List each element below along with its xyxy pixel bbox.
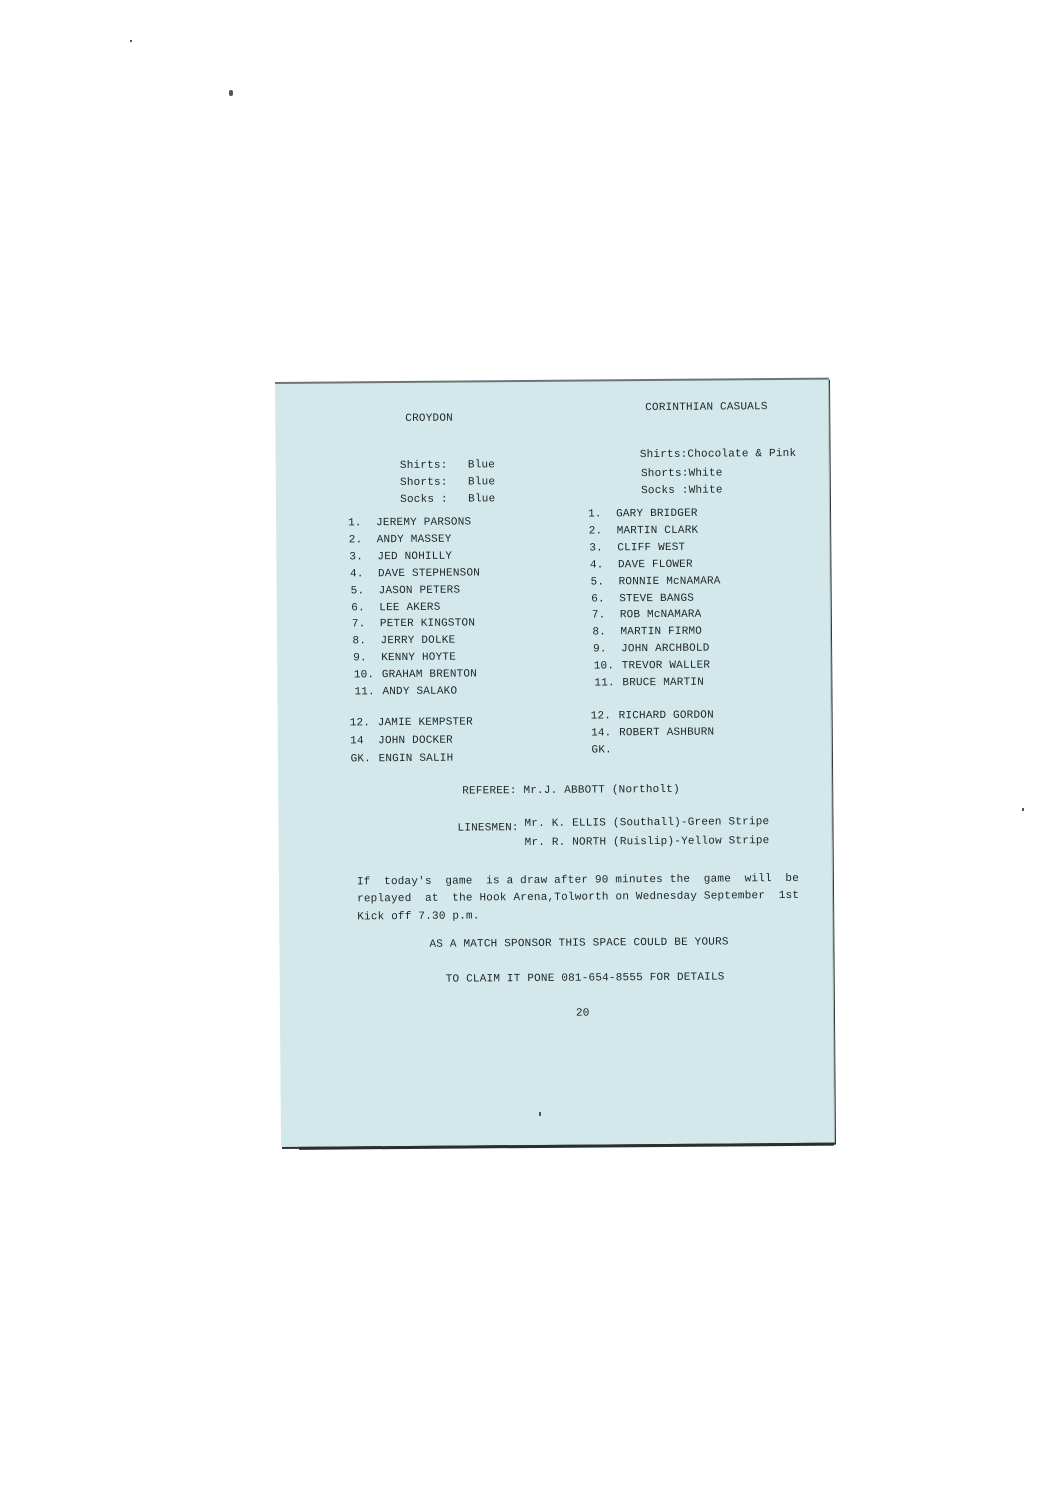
home-lineup: 1.JEREMY PARSONS2.ANDY MASSEY3.JED NOHIL… bbox=[275, 380, 828, 384]
player-number: 11. bbox=[354, 686, 382, 698]
player-name: PETER KINGSTON bbox=[380, 618, 475, 631]
kit-label: Socks : bbox=[641, 485, 689, 497]
player-name: MARTIN CLARK bbox=[617, 525, 699, 538]
player-row: 6.STEVE BANGS bbox=[591, 592, 694, 605]
player-row: GK. bbox=[591, 744, 619, 756]
player-name: BRUCE MARTIN bbox=[622, 677, 704, 690]
player-name: JAMIE KEMPSTER bbox=[378, 716, 473, 729]
player-name: GRAHAM BRENTON bbox=[382, 669, 477, 682]
player-row: 3.CLIFF WEST bbox=[589, 542, 685, 555]
player-number: 1. bbox=[348, 517, 376, 529]
away-lineup: 1.GARY BRIDGER2.MARTIN CLARK3.CLIFF WEST… bbox=[275, 380, 828, 384]
linesman-1: Mr. K. ELLIS (Southall)-Green Stripe bbox=[524, 816, 769, 830]
player-name: JERRY DOLKE bbox=[380, 635, 455, 648]
home-substitutes: 12.JAMIE KEMPSTER14JOHN DOCKERGK.ENGIN S… bbox=[275, 380, 828, 384]
player-row: 2.ANDY MASSEY bbox=[349, 534, 452, 547]
player-number: 14. bbox=[591, 727, 619, 739]
player-number: 5. bbox=[591, 576, 619, 588]
player-number: 6. bbox=[591, 593, 619, 605]
player-row: 5.JASON PETERS bbox=[351, 584, 461, 597]
sponsor-line-1: AS A MATCH SPONSOR THIS SPACE COULD BE Y… bbox=[429, 936, 728, 950]
away-kit-socks: Socks :White bbox=[614, 472, 723, 509]
linesmen-label: LINESMEN: bbox=[457, 822, 518, 834]
scan-speck bbox=[539, 1112, 541, 1116]
player-number: 11. bbox=[594, 677, 622, 689]
player-name: KENNY HOYTE bbox=[381, 652, 456, 665]
home-team-name: CROYDON bbox=[405, 413, 453, 425]
player-name: DAVE FLOWER bbox=[618, 558, 693, 571]
away-substitutes: 12.RICHARD GORDON14.ROBERT ASHBURNGK. bbox=[275, 380, 828, 384]
player-row: 10.TREVOR WALLER bbox=[594, 660, 711, 673]
player-name: RICHARD GORDON bbox=[619, 710, 714, 723]
player-row: 4.DAVE FLOWER bbox=[590, 558, 693, 571]
linesman-2: Mr. R. NORTH (Ruislip)-Yellow Stripe bbox=[525, 835, 770, 849]
player-row: 6.LEE AKERS bbox=[351, 601, 440, 614]
player-row: 1.GARY BRIDGER bbox=[588, 508, 698, 521]
player-number: GK. bbox=[591, 744, 619, 756]
player-name: ANDY SALAKO bbox=[382, 686, 457, 699]
player-number: 12. bbox=[350, 717, 378, 729]
player-name: TREVOR WALLER bbox=[622, 660, 711, 673]
kit-value: White bbox=[689, 484, 723, 496]
player-number: 10. bbox=[354, 669, 382, 681]
player-row: 8.JERRY DOLKE bbox=[352, 635, 455, 648]
player-row: 4.DAVE STEPHENSON bbox=[350, 567, 480, 580]
player-name: ROBERT ASHBURN bbox=[619, 727, 714, 740]
player-name: MARTIN FIRMO bbox=[620, 626, 702, 639]
player-name: STEVE BANGS bbox=[619, 592, 694, 605]
player-row: 12.RICHARD GORDON bbox=[591, 710, 714, 723]
player-number: 3. bbox=[349, 551, 377, 563]
player-number: 8. bbox=[592, 627, 620, 639]
player-name: CLIFF WEST bbox=[617, 542, 685, 555]
player-number: 12. bbox=[591, 710, 619, 722]
player-row: 9.JOHN ARCHBOLD bbox=[593, 643, 710, 656]
replay-notice-line-1: If today's game is a draw after 90 minut… bbox=[357, 873, 799, 888]
player-number: 7. bbox=[592, 610, 620, 622]
player-number: 2. bbox=[349, 534, 377, 546]
player-name: LEE AKERS bbox=[379, 601, 440, 613]
scan-speck bbox=[229, 90, 233, 96]
player-row: 11.ANDY SALAKO bbox=[354, 686, 457, 699]
player-row: 2.MARTIN CLARK bbox=[589, 525, 699, 538]
player-row: 3.JED NOHILLY bbox=[349, 550, 452, 563]
player-name: JOHN DOCKER bbox=[378, 735, 453, 748]
player-name: JASON PETERS bbox=[379, 584, 461, 597]
sponsor-line-2: TO CLAIM IT PONE 081-654-8555 FOR DETAIL… bbox=[446, 971, 725, 985]
programme-page: CROYDON Shirts:Blue Shorts:Blue Socks :B… bbox=[275, 378, 835, 1147]
player-row: 9.KENNY HOYTE bbox=[353, 652, 456, 665]
player-name: ENGIN SALIH bbox=[379, 753, 454, 766]
player-row: 14JOHN DOCKER bbox=[350, 735, 453, 748]
player-name: ROB McNAMARA bbox=[620, 609, 702, 622]
player-name: GARY BRIDGER bbox=[616, 508, 698, 521]
player-name: RONNIE McNAMARA bbox=[619, 575, 721, 588]
player-name: JEREMY PARSONS bbox=[376, 516, 471, 529]
scan-speck bbox=[130, 40, 132, 42]
player-number: 3. bbox=[589, 542, 617, 554]
player-row: 12.JAMIE KEMPSTER bbox=[350, 716, 473, 729]
player-number: GK. bbox=[351, 753, 379, 765]
player-name: DAVE STEPHENSON bbox=[378, 567, 480, 580]
player-number: 10. bbox=[594, 660, 622, 672]
player-number: 1. bbox=[588, 508, 616, 520]
player-row: 5.RONNIE McNAMARA bbox=[591, 575, 721, 588]
player-row: 14.ROBERT ASHBURN bbox=[591, 727, 714, 740]
player-name: JOHN ARCHBOLD bbox=[621, 643, 710, 656]
player-row: 7.PETER KINGSTON bbox=[352, 618, 475, 631]
home-kit-socks: Socks :Blue bbox=[373, 481, 496, 518]
player-number: 14 bbox=[350, 735, 378, 747]
replay-notice-line-2: replayed at the Hook Arena,Tolworth on W… bbox=[357, 890, 799, 905]
player-name: JED NOHILLY bbox=[377, 550, 452, 563]
player-row: GK.ENGIN SALIH bbox=[351, 753, 454, 766]
player-number: 9. bbox=[353, 652, 381, 664]
player-number: 6. bbox=[351, 602, 379, 614]
replay-notice-line-3: Kick off 7.30 p.m. bbox=[357, 910, 480, 923]
kit-label: Socks : bbox=[400, 493, 468, 506]
player-row: 11.BRUCE MARTIN bbox=[594, 677, 704, 690]
page-number: 20 bbox=[576, 1008, 590, 1020]
scan-speck bbox=[1022, 808, 1024, 811]
player-number: 7. bbox=[352, 619, 380, 631]
referee-line: REFEREE: Mr.J. ABBOTT (Northolt) bbox=[462, 784, 680, 798]
kit-value: Blue bbox=[468, 493, 495, 505]
away-team-name: CORINTHIAN CASUALS bbox=[645, 401, 768, 414]
player-number: 4. bbox=[590, 559, 618, 571]
player-name: ANDY MASSEY bbox=[377, 534, 452, 547]
player-number: 9. bbox=[593, 643, 621, 655]
player-row: 7.ROB McNAMARA bbox=[592, 609, 702, 622]
player-number: 2. bbox=[589, 525, 617, 537]
player-number: 5. bbox=[351, 585, 379, 597]
player-row: 8.MARTIN FIRMO bbox=[592, 626, 702, 639]
player-row: 10.GRAHAM BRENTON bbox=[354, 669, 477, 682]
player-number: 8. bbox=[352, 635, 380, 647]
player-row: 1.JEREMY PARSONS bbox=[348, 516, 471, 529]
player-number: 4. bbox=[350, 568, 378, 580]
